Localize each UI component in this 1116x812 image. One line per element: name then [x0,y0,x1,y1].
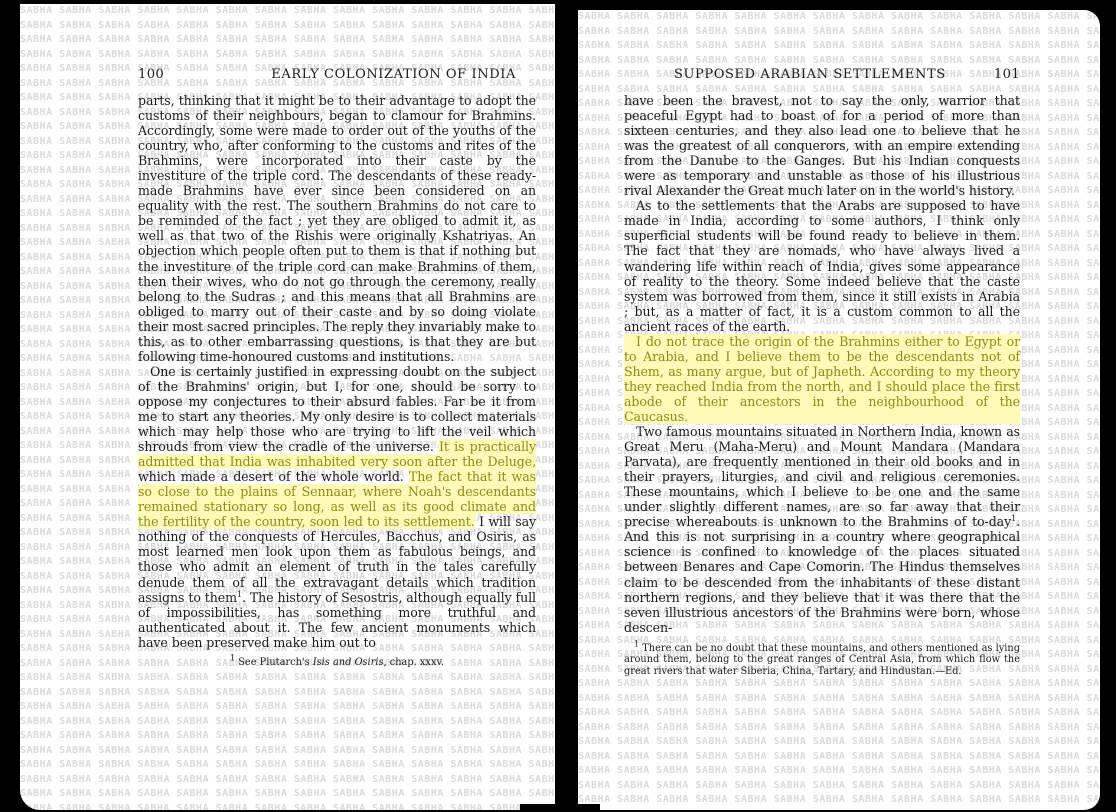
scan-border-bottom [520,804,600,812]
footnote: 1 See Plutarch's Isis and Osiris, chap. … [138,657,536,669]
footnote-text: There can be no doubt that these mountai… [624,643,1020,677]
paragraph: One is certainly justified in expressing… [138,364,536,650]
paragraph: Two famous mountains situated in Norther… [624,424,1020,635]
left-page-content: 100 EARLY COLONIZATION OF INDIA parts, t… [138,67,536,668]
paragraph: parts, thinking that it might be to thei… [138,93,536,364]
highlighted-passage[interactable]: I do not trace the origin of the Brahmin… [624,334,1020,424]
left-page: SABHA SABHA SABHA SABHA SABHA SABHA SABH… [20,4,555,810]
running-head: SUPPOSED ARABIAN SETTLEMENTS [674,67,946,82]
page-number: 101 [994,67,1020,82]
paragraph: As to the settlements that the Arabs are… [624,198,1020,333]
running-head: EARLY COLONIZATION OF INDIA [271,67,516,82]
left-page-header: 100 EARLY COLONIZATION OF INDIA [138,67,536,93]
right-page-header: SUPPOSED ARABIAN SETTLEMENTS 101 [624,67,1020,93]
page-number: 100 [138,67,164,82]
footnote: 1 There can be no doubt that these mount… [624,643,1020,678]
text-run: Two famous mountains situated in Norther… [624,424,1020,529]
text-run: which made a desert of the whole world. [138,469,409,484]
paragraph: have been the bravest, not to say the on… [624,93,1020,198]
footnote-text: , chap. xxxv. [384,657,444,668]
footnote-title: Isis and Osiris [313,657,384,668]
scan-border-top-right [320,0,570,4]
text-run: . And this is not surprising in a countr… [624,514,1020,634]
footnote-text: See Plutarch's [235,657,313,668]
book-gutter [554,0,580,812]
right-page: SABHA SABHA SABHA SABHA SABHA SABHA SABH… [578,10,1100,810]
right-page-body: have been the bravest, not to say the on… [624,93,1020,635]
left-page-body: parts, thinking that it might be to thei… [138,93,536,650]
right-page-content: SUPPOSED ARABIAN SETTLEMENTS 101 have be… [624,67,1020,677]
